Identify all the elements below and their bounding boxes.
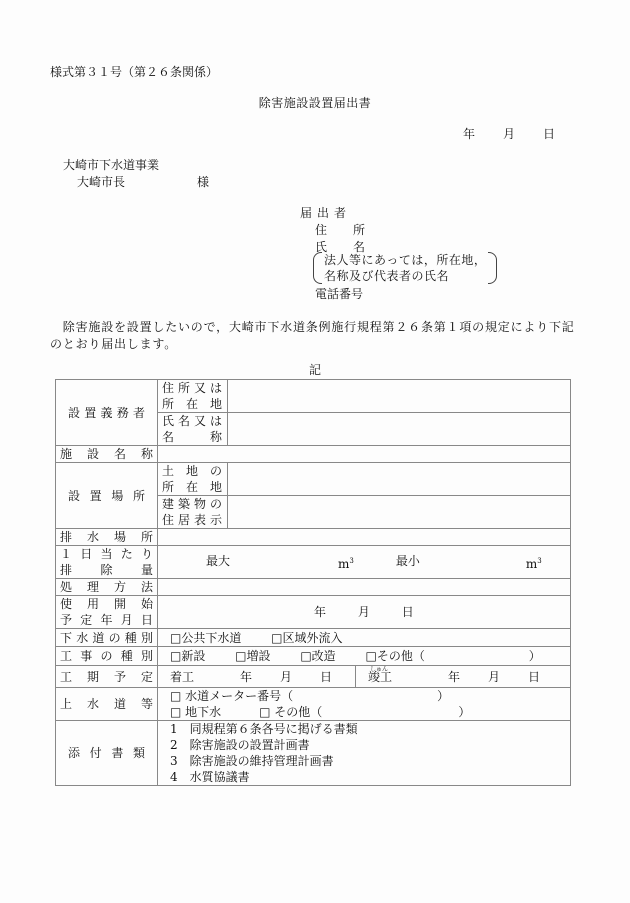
obligor-address-field[interactable] xyxy=(228,380,571,413)
addressee-org: 大崎市下水道事業 xyxy=(63,159,159,171)
work-type-label: 工事の種別 xyxy=(56,647,158,666)
date-day-label: 日 xyxy=(543,128,555,140)
facility-name-field[interactable] xyxy=(158,446,571,463)
checkbox-new[interactable]: □新設 xyxy=(170,649,205,663)
schedule-start: 着工 年 月 日 xyxy=(158,666,356,687)
checkbox-outside-area[interactable]: □区域外流入 xyxy=(271,631,342,645)
document-title: 除害施設設置届出書 xyxy=(0,97,630,109)
checkbox-expansion[interactable]: □増設 xyxy=(235,649,270,663)
work-type-field: □新設 □増設 □改造 □その他（ ） xyxy=(158,647,571,666)
schedule-end: しゅん竣工 年 月 日 xyxy=(356,669,570,685)
obligor-name-field[interactable] xyxy=(228,413,571,446)
max-unit: m3 xyxy=(338,553,354,572)
body-text: 除害施設を設置したいので，大崎市下水道条例施行規程第２６条第１項の規定により下記… xyxy=(50,319,580,353)
obligor-address-sublabel: 住所又は所在地 xyxy=(158,380,228,413)
checkbox-groundwater[interactable]: □ 地下水 xyxy=(170,705,221,719)
checkbox-public-sewer[interactable]: □公共下水道 xyxy=(170,631,241,645)
drain-place-label: 排水場所 xyxy=(56,529,158,546)
attachments-label: 添付書類 xyxy=(56,721,158,786)
other-close-paren: ） xyxy=(529,649,541,663)
water-supply-field: □ 水道メーター番号（） □ 地下水□ その他（） xyxy=(158,688,571,721)
attachment-item: 4 水質協議書 xyxy=(162,769,566,785)
applicant-phone-label: 電話番号 xyxy=(315,288,363,300)
attachment-item: 3 除害施設の維持管理計画書 xyxy=(162,753,566,769)
applicant-label: 届出者 xyxy=(300,207,351,219)
land-location-sublabel: 土地の所在地 xyxy=(158,463,228,496)
schedule-field[interactable]: 着工 年 月 日 しゅん竣工 年 月 日 xyxy=(158,666,571,688)
land-location-field[interactable] xyxy=(228,463,571,496)
treatment-label: 処理方法 xyxy=(56,579,158,596)
water-supply-label: 上水道等 xyxy=(56,688,158,721)
sewer-type-label: 下水道の種別 xyxy=(56,629,158,647)
min-label: 最小 xyxy=(396,553,420,572)
start-month: 月 xyxy=(358,605,370,619)
notification-form-table: 設置義務者 住所又は所在地 氏名又は名称 施設名称 設置場所 土地の所在地 建築… xyxy=(55,379,571,786)
start-date-label: 使用開始予定年月日 xyxy=(56,596,158,629)
obligor-name-sublabel: 氏名又は名称 xyxy=(158,413,228,446)
sewer-type-field: □公共下水道 □区域外流入 xyxy=(158,629,571,647)
attachment-item: 2 除害施設の設置計画書 xyxy=(162,737,566,753)
facility-name-label: 施設名称 xyxy=(56,446,158,463)
min-unit: m3 xyxy=(526,553,542,572)
addressee-honorific: 様 xyxy=(197,176,209,188)
treatment-field[interactable] xyxy=(158,579,571,596)
start-day: 日 xyxy=(402,605,414,619)
building-address-field[interactable] xyxy=(228,496,571,529)
form-number: 様式第３１号（第２６条関係） xyxy=(50,66,218,78)
date-year-label: 年 xyxy=(463,128,475,140)
attachments-list: 1 同規程第６条各号に掲げる書類 2 除害施設の設置計画書 3 除害施設の維持管… xyxy=(158,721,571,786)
checkbox-water-meter[interactable]: □ 水道メーター番号（ xyxy=(170,689,293,703)
start-date-field[interactable]: 年 月 日 xyxy=(158,596,571,629)
max-label: 最大 xyxy=(206,553,230,572)
location-label: 設置場所 xyxy=(56,463,158,529)
attachment-item: 1 同規程第６条各号に掲げる書類 xyxy=(162,721,566,737)
checkbox-modification[interactable]: □改造 xyxy=(300,649,335,663)
corporate-note: 法人等にあっては，所在地，名称及び代表者の氏名 xyxy=(313,252,497,284)
drain-place-field[interactable] xyxy=(158,529,571,546)
applicant-address-label: 住所 xyxy=(315,224,365,236)
daily-discharge-field[interactable]: 最大 m3 最小 m3 xyxy=(158,546,571,579)
ki-heading: 記 xyxy=(0,364,630,376)
date-month-label: 月 xyxy=(503,128,515,140)
building-address-sublabel: 建築物の住居表示 xyxy=(158,496,228,529)
left-bracket xyxy=(313,252,322,284)
daily-discharge-label: １日当たり排除量 xyxy=(56,546,158,579)
checkbox-water-other[interactable]: □ その他（ xyxy=(259,705,322,719)
start-year: 年 xyxy=(314,605,326,619)
schedule-label: 工期予定 xyxy=(56,666,158,688)
obligor-label: 設置義務者 xyxy=(56,380,158,446)
addressee-title: 大崎市長 xyxy=(77,176,125,188)
right-bracket xyxy=(488,252,497,284)
checkbox-other[interactable]: □その他（ xyxy=(366,649,425,663)
